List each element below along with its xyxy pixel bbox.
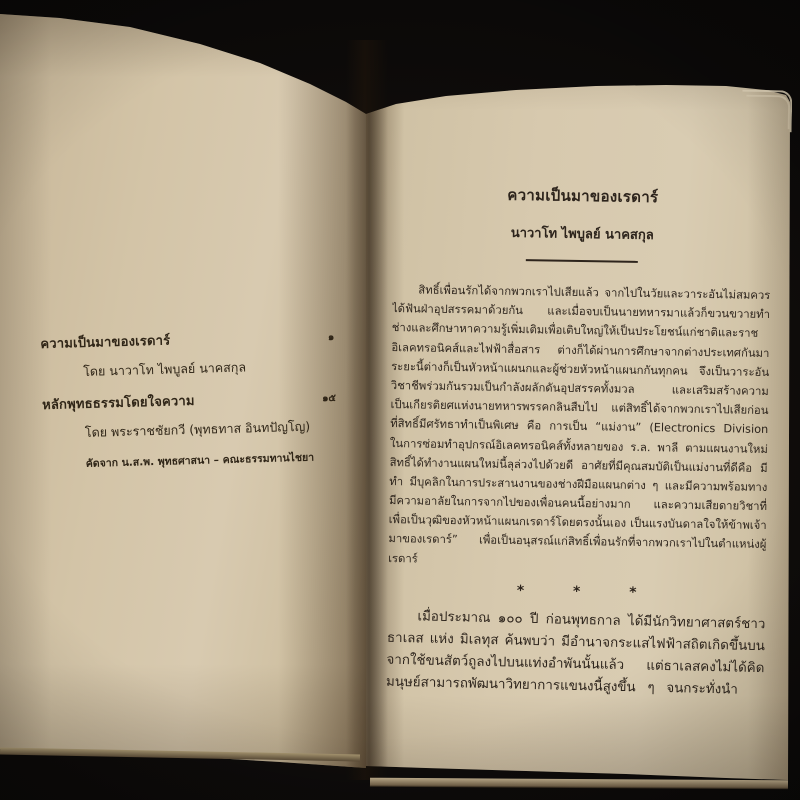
article: ความเป็นมาของเรดาร์ นาวาโท ไพบูลย์ นาคสก…	[386, 181, 772, 701]
section-separator-stars: * * *	[388, 581, 766, 603]
article-author: นาวาโท ไพบูลย์ นาคสกุล	[393, 220, 771, 246]
contents-entry-page-number: ๑๕	[322, 391, 336, 407]
contents-entry-row: หลักพุทธธรรมโดยใจความ ๑๕	[42, 387, 336, 415]
article-paragraph-1: สิทธิ์เพื่อนรักได้จากพวกเราไปเสียแล้ว จา…	[388, 280, 770, 574]
book-gutter-shadow	[346, 40, 388, 780]
corner-page-edge	[746, 95, 791, 130]
contents-entry-byline: โดย นาวาโท ไพบูลย์ นาคสกุล	[83, 355, 335, 382]
title-divider-rule	[526, 259, 638, 263]
article-title: ความเป็นมาของเรดาร์	[394, 181, 772, 209]
contents-entry-title: หลักพุทธธรรมโดยใจความ	[42, 390, 195, 415]
article-paragraph-2: เมื่อประมาณ ๑๐๐ ปี ก่อนพุทธกาล ได้มีนักว…	[386, 606, 766, 703]
contents-entry-page-number: ๑	[328, 330, 335, 346]
contents-entry-title: ความเป็นมาของเรดาร์	[40, 330, 170, 355]
contents-entry-byline: โดย พระราชชัยกวี (พุทธทาส อินทปัญโญ)	[85, 416, 337, 443]
contents-list: ความเป็นมาของเรดาร์ ๑ โดย นาวาโท ไพบูลย์…	[40, 326, 338, 472]
